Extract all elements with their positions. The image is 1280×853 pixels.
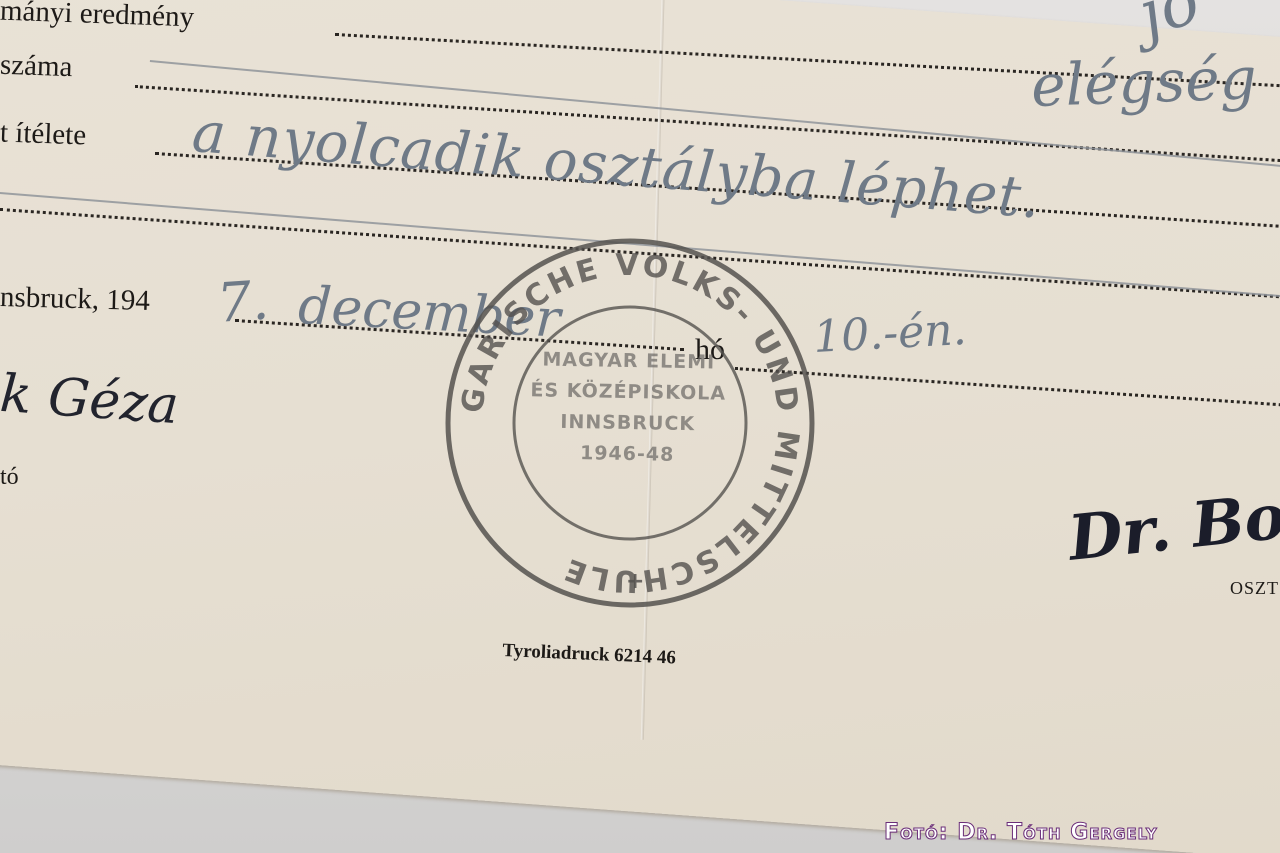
school-stamp: UNGARISCHE VOLKS- UND MITTELSCHULE + MAG… bbox=[443, 236, 817, 610]
label-verdict: t ítélete bbox=[0, 117, 87, 153]
label-number: száma bbox=[0, 49, 73, 85]
label-role-right: OSZT bbox=[1230, 578, 1279, 599]
document-content: mányi eredmény száma t ítélete nsbruck, … bbox=[0, 0, 1280, 853]
label-role-left: tó bbox=[0, 464, 19, 491]
stamp-inner-text: MAGYAR ELEMI ÉS KÖZÉPISKOLA INNSBRUCK 19… bbox=[502, 344, 754, 472]
svg-text:+: + bbox=[626, 569, 644, 594]
stamp-inner-line: INNSBRUCK bbox=[502, 406, 753, 441]
handwritten-verdict: a nyolcadik osztályba léphet. bbox=[190, 100, 1043, 232]
signature-left: k Géza bbox=[0, 364, 181, 436]
handwritten-grade-sufficient: elégség bbox=[1030, 44, 1258, 120]
label-result: mányi eredmény bbox=[0, 0, 195, 34]
handwritten-grade-good: jó bbox=[1130, 0, 1208, 52]
stamp-inner-line: MAGYAR ELEMI bbox=[504, 344, 755, 379]
label-place-date: nsbruck, 194 bbox=[0, 281, 150, 318]
signature-right: Dr. Bodn bbox=[1065, 470, 1280, 575]
printer-mark: Tyroliadruck 6214 46 bbox=[502, 640, 676, 670]
stamp-inner-line: ÉS KÖZÉPISKOLA bbox=[503, 375, 754, 410]
handwritten-year-digit: 7. bbox=[215, 268, 271, 334]
stamp-inner-line: 1946-48 bbox=[502, 437, 753, 472]
photo-credit-watermark: Fotó: Dr. Tóth Gergely bbox=[884, 820, 1158, 845]
handwritten-day: 10.-én. bbox=[812, 304, 968, 363]
